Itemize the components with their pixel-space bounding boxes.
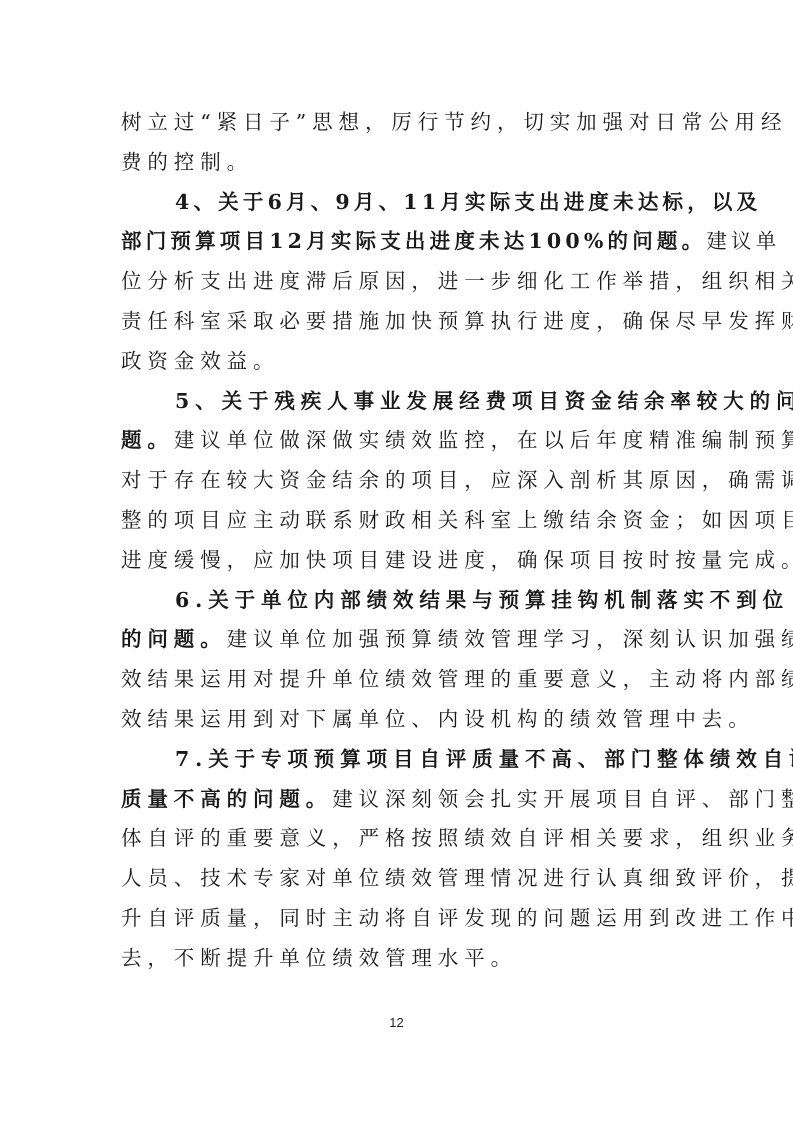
heading-item-7: 7.关于专项预算项目自评质量不高、部门整体绩效自评: [121, 740, 673, 780]
text-run-bold: 题。: [121, 428, 174, 452]
text-run-bold: 5、关于残疾人事业发展经费项目资金结余率较大的问: [175, 389, 793, 413]
heading-item-4: 4、关于6月、9月、11月实际支出进度未达标，以及: [121, 183, 673, 223]
text-run-bold: 质量不高的问题。: [121, 787, 332, 811]
text-run: 位分析支出进度滞后原因，进一步细化工作举措，组织相关: [121, 269, 793, 293]
text-run-bold: 部门预算项目12月实际支出进度未达100%的问题。: [121, 229, 706, 253]
heading-item-5: 5、关于残疾人事业发展经费项目资金结余率较大的问: [121, 382, 673, 422]
text-line: 题。建议单位做深做实绩效监控，在以后年度精准编制预算，: [121, 421, 673, 461]
text-line: 进度缓慢，应加快项目建设进度，确保项目按时按量完成。: [121, 541, 673, 581]
text-line: 效结果运用到对下属单位、内设机构的绩效管理中去。: [121, 700, 673, 740]
text-line: 树立过“紧日子”思想，厉行节约，切实加强对日常公用经: [121, 103, 673, 143]
text-line: 责任科室采取必要措施加快预算执行进度，确保尽早发挥财: [121, 302, 673, 342]
text-line: 位分析支出进度滞后原因，进一步细化工作举措，组织相关: [121, 262, 673, 302]
text-line: 的问题。建议单位加强预算绩效管理学习，深刻认识加强绩: [121, 620, 673, 660]
text-line: 部门预算项目12月实际支出进度未达100%的问题。建议单: [121, 222, 673, 262]
text-run: 建议单位加强预算绩效管理学习，深刻认识加强绩: [227, 627, 793, 651]
text-run: 整的项目应主动联系财政相关科室上缴结余资金；如因项目: [121, 508, 793, 532]
text-run: 升自评质量，同时主动将自评发现的问题运用到改进工作中: [121, 906, 793, 930]
text-line: 去，不断提升单位绩效管理水平。: [121, 939, 673, 979]
text-run-bold: 6.关于单位内部绩效结果与预算挂钩机制落实不到位: [175, 588, 789, 612]
text-line: 人员、技术专家对单位绩效管理情况进行认真细致评价，提: [121, 859, 673, 899]
text-run: 效结果运用到对下属单位、内设机构的绩效管理中去。: [121, 707, 755, 731]
text-line: 体自评的重要意义，严格按照绩效自评相关要求，组织业务: [121, 819, 673, 859]
text-run: 建议单位做深做实绩效监控，在以后年度精准编制预算，: [174, 428, 793, 452]
text-line: 政资金效益。: [121, 342, 673, 382]
text-run: 进度缓慢，应加快项目建设进度，确保项目按时按量完成。: [121, 548, 793, 572]
text-run: 建议单: [706, 229, 780, 253]
page-number: 12: [0, 1015, 793, 1030]
text-run: 对于存在较大资金结余的项目，应深入剖析其原因，确需调: [121, 468, 793, 492]
heading-item-6: 6.关于单位内部绩效结果与预算挂钩机制落实不到位: [121, 581, 673, 621]
text-run: 费的控制。: [121, 150, 253, 174]
text-run: 树立过“紧日子”思想，厉行节约，切实加强对日常公用经: [121, 110, 787, 134]
document-page: 树立过“紧日子”思想，厉行节约，切实加强对日常公用经 费的控制。 4、关于6月、…: [0, 0, 793, 1122]
text-line: 费的控制。: [121, 143, 673, 183]
text-line: 质量不高的问题。建议深刻领会扎实开展项目自评、部门整: [121, 780, 673, 820]
text-line: 效结果运用对提升单位绩效管理的重要意义，主动将内部绩: [121, 660, 673, 700]
text-run-bold: 的问题。: [121, 627, 227, 651]
text-line: 对于存在较大资金结余的项目，应深入剖析其原因，确需调: [121, 461, 673, 501]
text-line: 升自评质量，同时主动将自评发现的问题运用到改进工作中: [121, 899, 673, 939]
text-run-bold: 4、关于6月、9月、11月实际支出进度未达标，以及: [175, 190, 761, 214]
text-run: 政资金效益。: [121, 349, 279, 373]
text-run: 去，不断提升单位绩效管理水平。: [121, 946, 517, 970]
text-line: 整的项目应主动联系财政相关科室上缴结余资金；如因项目: [121, 501, 673, 541]
body-text: 树立过“紧日子”思想，厉行节约，切实加强对日常公用经 费的控制。 4、关于6月、…: [121, 103, 673, 979]
text-run: 责任科室采取必要措施加快预算执行进度，确保尽早发挥财: [121, 309, 793, 333]
text-run: 建议深刻领会扎实开展项目自评、部门整: [332, 787, 793, 811]
text-run: 体自评的重要意义，严格按照绩效自评相关要求，组织业务: [121, 826, 793, 850]
text-run: 效结果运用对提升单位绩效管理的重要意义，主动将内部绩: [121, 667, 793, 691]
text-run-bold: 7.关于专项预算项目自评质量不高、部门整体绩效自评: [175, 747, 793, 771]
text-run: 人员、技术专家对单位绩效管理情况进行认真细致评价，提: [121, 866, 793, 890]
